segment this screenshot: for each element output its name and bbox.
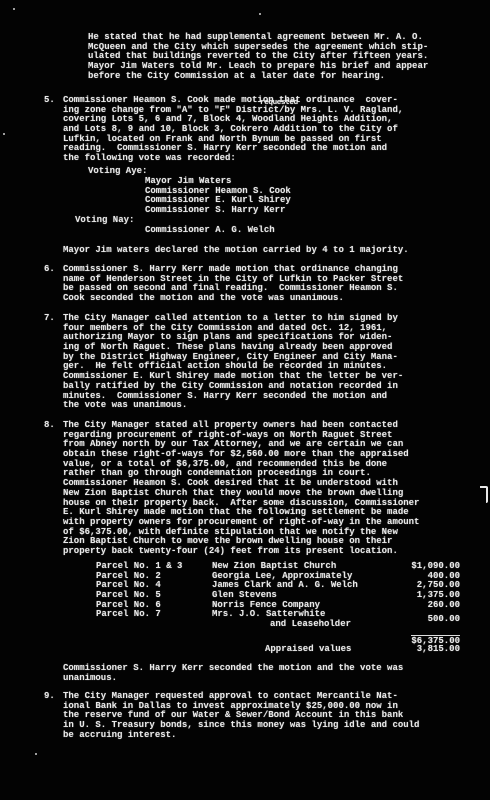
voting-nay-label: Voting Nay:: [75, 216, 134, 226]
agenda-item-9: 9. The City Manager requested approval t…: [63, 692, 419, 740]
agenda-item-6: 6. Commissioner S. Harry Kerr made motio…: [63, 265, 403, 304]
item-4-continuation-paragraph: He stated that he had supplemental agree…: [88, 33, 428, 81]
nay-voters-list: Commissioner A. G. Welch: [145, 226, 275, 236]
parcel-settlement-table: Parcel No. 1 & 3 New Zion Baptist Church…: [96, 562, 460, 654]
item-number: 8.: [44, 421, 55, 431]
item-number: 7.: [44, 314, 55, 324]
text-line: Commissioner A. G. Welch: [145, 226, 275, 236]
text-line: before the City Commission at a later da…: [88, 72, 428, 82]
item-number: 5.: [44, 96, 55, 106]
scanned-minutes-page: { "page": {"background": "#030303", "ink…: [0, 0, 490, 800]
owner-cell-second-line: and Leaseholder: [270, 620, 351, 630]
item-number: 9.: [44, 692, 55, 702]
text-line: the following vote was recorded:: [63, 154, 403, 164]
table-row: Parcel No. 7 Mrs. J.O. Satterwhite and L…: [96, 610, 460, 629]
voting-aye-label: Voting Aye:: [88, 167, 147, 177]
text-line: be accruing interest.: [63, 731, 419, 741]
scan-speck: [35, 753, 37, 755]
text-line: Commissioner S. Harry Kerr: [145, 206, 291, 216]
text-line: unanimous.: [63, 674, 403, 684]
agenda-item-8: 8. The City Manager stated all property …: [63, 421, 419, 557]
scan-speck: [13, 8, 15, 10]
inserted-word: requested: [260, 99, 298, 109]
scan-speck: [3, 133, 5, 135]
amount-cell: 500.00: [428, 615, 460, 625]
amount-cell: 260.00: [428, 601, 460, 611]
agenda-item-5: 5. Commissioner Heamon S. Cook made moti…: [63, 96, 403, 164]
handwritten-margin-mark: [480, 486, 488, 503]
agenda-item-7: 7. The City Manager called attention to …: [63, 314, 403, 411]
appraised-values-row: Appraised values 3,815.00: [96, 645, 460, 655]
text-line: Cook seconded the motion and the vote wa…: [63, 294, 403, 304]
item-8-closing-paragraph: Commissioner S. Harry Kerr seconded the …: [63, 664, 403, 683]
appraised-amount: 3,815.00: [417, 645, 460, 655]
parcel-cell: Parcel No. 7: [96, 610, 161, 620]
motion-carried-statement: Mayor Jim waters declared the motion car…: [63, 246, 409, 256]
scan-speck: [259, 13, 261, 15]
item-number: 6.: [44, 265, 55, 275]
appraised-values-label: Appraised values: [265, 645, 351, 655]
text-line: property back twenty-four (24) feet from…: [63, 547, 419, 557]
aye-voters-list: Mayor Jim WatersCommissioner Heamon S. C…: [145, 177, 291, 216]
text-line: the vote was unanimous.: [63, 401, 403, 411]
